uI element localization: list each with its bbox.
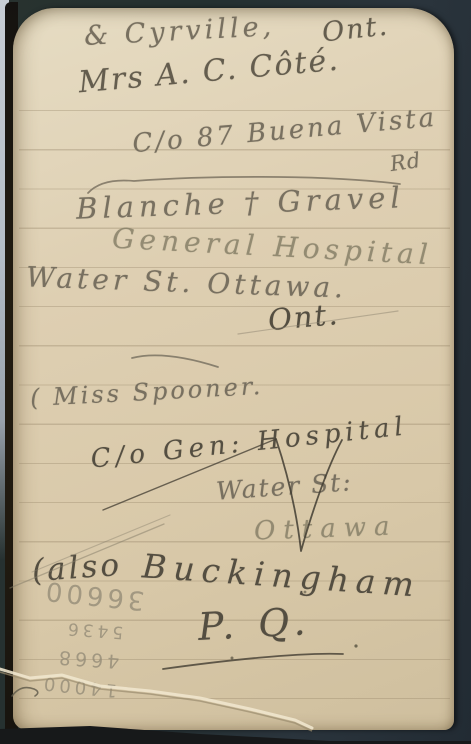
upside-down-number-3: 4668 (54, 646, 120, 672)
hw-line-rd: Rd (388, 148, 422, 176)
hw-line-ottawa: Ottawa (254, 512, 398, 547)
upside-down-number-2: 5436 (63, 618, 124, 642)
hw-line-pq: P. Q. (197, 599, 313, 649)
hw-line-ont-mid: Ont. (267, 297, 341, 337)
notebook-photo: & Cyrville, Ont. Mrs A. C. Côté. C/o 87 … (0, 0, 471, 744)
